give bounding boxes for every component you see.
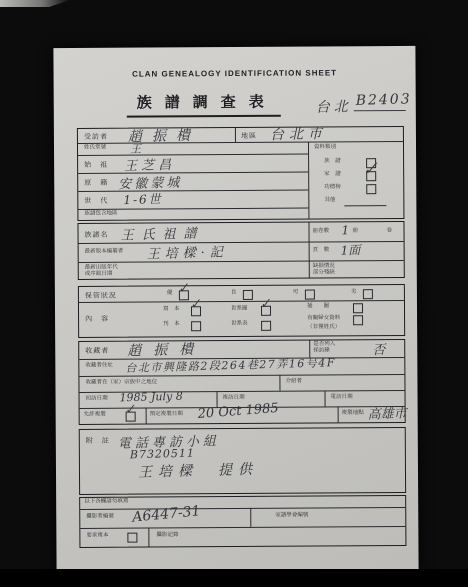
other-blank-line (344, 205, 386, 206)
checkbox-lineage-table (261, 321, 271, 331)
printed-label: 刊 本 (163, 321, 180, 328)
notes-line2: B7320511 (130, 447, 195, 462)
photo-stage: CLAN GENEALOGY IDENTIFICATION SHEET 族譜調查… (0, 0, 468, 587)
checkbox-poor (363, 289, 373, 299)
form-paper: CLAN GENEALOGY IDENTIFICATION SHEET 族譜調查… (53, 46, 418, 572)
origin-value: 安徽蒙城 (118, 172, 183, 193)
listed-label: 是否列入 採訪錄 (313, 341, 335, 354)
revisit-label: 複訪日期 (223, 395, 245, 402)
copy-date-label: 預定複製日期 (150, 411, 183, 418)
copy-place-label: 複製地點 (342, 410, 364, 417)
copy-place-value: 高雄市 (367, 403, 407, 423)
category-item-other: 其他 (324, 197, 335, 204)
table-collector: 收藏者 趙振樻 是否列入 採訪錄 否 收藏者住址 台北市興隆路2段264巷27弄… (78, 339, 406, 425)
society-number-label: 家譜學會編號 (275, 513, 308, 520)
volumes-unit-juan: 卷 (387, 228, 393, 235)
jiapu-checkmark: ✓ (359, 160, 381, 180)
generation-value: 1-6世 (123, 190, 163, 208)
notes-label: 附 註 (86, 436, 110, 446)
listed-value: 否 (372, 339, 386, 358)
handwritten-code: B2403 (356, 91, 412, 109)
region-value: 台北市 (270, 123, 328, 145)
manuscript-checkmark: ✓ (189, 297, 202, 313)
cond-fair-label: 可 (293, 290, 299, 297)
coverage-label: 族譜包含地區 (84, 211, 117, 218)
pages-label: 頁 數 (313, 247, 330, 254)
pages-value: 1面 (340, 241, 360, 259)
category-item-zupu: 族 譜 (324, 158, 341, 165)
volumes-value: 1 (341, 223, 349, 237)
table-interviewee: 受訪者 趙振樻 地區 台北市 姓氏堂號 王 始 祖 王芝昌 原 籍 安徽蒙城 世… (77, 126, 405, 221)
first-visit-label: 初訪日期 (86, 396, 108, 403)
genealogy-title-label: 族譜名 (85, 230, 109, 240)
women-data-label: 有關婦女資料 (307, 315, 340, 322)
category-label: 資料類別 (314, 144, 336, 151)
handwritten-region: 台北 (316, 96, 353, 117)
checkbox-fair (305, 290, 315, 300)
introducer-label: 介紹者 (285, 379, 302, 386)
checkbox-good (243, 290, 253, 300)
illustrations-label: 插 圖 (307, 303, 329, 310)
surname-label: 姓氏堂號 (84, 145, 106, 152)
checkbox-gongdebang (366, 184, 376, 194)
damage-label: 缺損情況 部分殘缺 (313, 263, 335, 276)
cond-poor-label: 劣 (351, 289, 357, 296)
address-label: 收藏者住址 (85, 363, 113, 370)
category-item-gongdebang: 功德榜 (324, 184, 341, 191)
origin-label: 原 籍 (84, 178, 108, 188)
volumes-label: 冊卷數 (313, 228, 330, 235)
ancestor-label: 始 祖 (84, 160, 108, 170)
checkbox-copy-request (127, 533, 137, 543)
region-label: 地區 (241, 131, 257, 141)
checkbox-illustrations (353, 303, 363, 313)
excellent-checkmark: ✓ (177, 281, 190, 297)
lineage-table-label: 世系表 (231, 321, 248, 328)
generation-label: 世 代 (84, 196, 108, 206)
copy-request-label: 要求複本 (86, 533, 108, 540)
cond-good-label: 良 (231, 290, 237, 297)
category-item-jiapu: 家 譜 (324, 171, 341, 178)
phone-visit-label: 電訪日期 (331, 394, 353, 401)
editor-label: 最新版本編纂者 (85, 249, 124, 256)
permission-label: 允許複製 (84, 412, 106, 419)
photo-bottom-band (0, 569, 468, 587)
interviewee-label: 受訪者 (84, 132, 108, 142)
table-notes: 附 註 電話專訪小組 B7320511 王培樑 提供 (79, 427, 406, 495)
content-label: 內 容 (85, 314, 109, 324)
lineage-chart-label: 世系圖 (231, 306, 248, 313)
position-label: 收藏者在（家）宗族中之地位 (85, 379, 157, 386)
cond-excellent-label: 優 (167, 290, 173, 297)
table-condition: 保管狀況 優 ✓ 良 可 劣 內 容 寫 本 ✓ 刊 本 世系圖 ✓ 世系表 插… (78, 284, 405, 338)
english-title: CLAN GENEALOGY IDENTIFICATION SHEET (54, 68, 416, 79)
table-office-use: 以下各欄請勿填寫 攝影者編號 A6447-31 家譜學會編號 要求複本 攝影記錄 (79, 495, 406, 548)
photo-corner-glare (0, 0, 70, 7)
table-title: 族譜名 王氏祖譜 冊卷數 1 冊 卷 最新版本編纂者 王培樑·記 頁 數 1面 … (77, 221, 404, 280)
photographer-number-label: 攝影者編號 (86, 514, 114, 521)
volumes-unit-ce: 冊 (353, 228, 359, 235)
genealogy-title-value: 王氏祖譜 (120, 222, 204, 243)
lineage-chart-checkmark: ✓ (259, 296, 272, 312)
permission-checkmark: ✓ (124, 402, 137, 418)
collector-label: 收藏者 (85, 346, 109, 356)
office-use-note: 以下各欄請勿填寫 (84, 499, 128, 506)
chinese-title: 族譜調查表 (127, 91, 281, 118)
manuscript-label: 寫 本 (163, 306, 180, 313)
checkbox-women-data (353, 315, 363, 325)
filming-record-label: 攝影記錄 (156, 532, 178, 539)
editor-value: 王培樑·記 (146, 241, 228, 262)
code-underline (354, 110, 406, 111)
notes-line3: 王培樑 提供 (138, 459, 258, 482)
checkbox-printed (191, 321, 201, 331)
pubdate-label: 最新出版年代 或序跋日期 (85, 265, 118, 278)
copy-date-value: 20 Oct 1985 (197, 401, 279, 422)
photographer-number-value: A6447-31 (132, 503, 201, 525)
condition-label: 保管狀況 (85, 291, 117, 301)
women-data-subnote: （非僅姓氏） (307, 324, 340, 331)
